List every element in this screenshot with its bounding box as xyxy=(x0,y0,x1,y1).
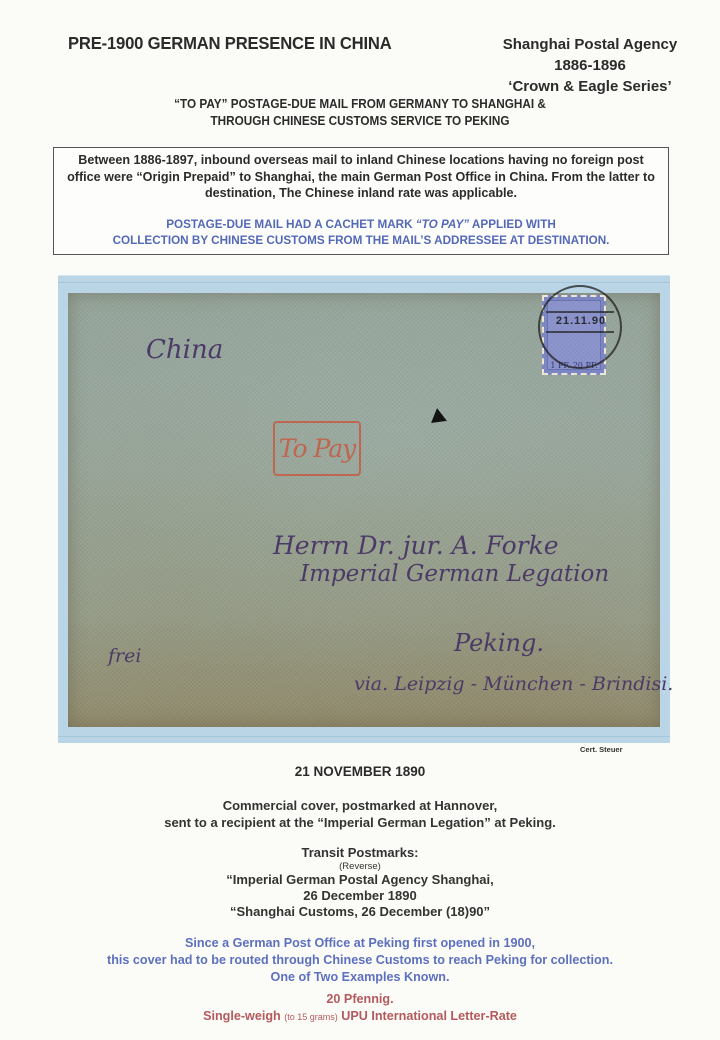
significance-line-3: One of Two Examples Known. xyxy=(0,969,720,986)
to-pay-cachet: To Pay xyxy=(273,421,361,476)
postmark-bar-top xyxy=(546,311,614,313)
transit-line-1: “Imperial German Postal Agency Shanghai, xyxy=(0,872,720,888)
rate-weight: (to 15 grams) xyxy=(284,1012,338,1022)
subtitle-line-2: THROUGH CHINESE CUSTOMS SERVICE TO PEKIN… xyxy=(22,113,699,130)
info-paragraph: Between 1886-1897, inbound overseas mail… xyxy=(54,152,668,202)
description-line-1: Commercial cover, postmarked at Hannover… xyxy=(0,797,720,814)
page-title: PRE-1900 GERMAN PRESENCE IN CHINA xyxy=(68,33,392,54)
certificate-note: Cert. Steuer xyxy=(580,745,623,754)
significance-line-2: this cover had to be routed through Chin… xyxy=(0,952,720,969)
postmark-cancel: 21.11.90 xyxy=(538,285,622,369)
postmark-bar-bottom xyxy=(546,331,614,333)
subtitle-line-1: “TO PAY” POSTAGE-DUE MAIL FROM GERMANY T… xyxy=(22,96,699,113)
agency-years: 1886-1896 xyxy=(490,55,690,76)
agency-name: Shanghai Postal Agency xyxy=(490,34,690,55)
mount-band-bottom xyxy=(58,736,670,737)
handwritten-addressee: Herrn Dr. jur. A. Forke xyxy=(273,531,559,560)
postmark-date: 21.11.90 xyxy=(546,315,616,327)
agency-block: Shanghai Postal Agency 1886-1896 ‘Crown … xyxy=(490,34,690,97)
handwritten-frei: frei xyxy=(108,645,141,667)
transit-postmarks: Transit Postmarks: (Reverse) “Imperial G… xyxy=(0,845,720,920)
handwritten-route: via. Leipzig - München - Brindisi. xyxy=(354,673,673,695)
transit-side: (Reverse) xyxy=(0,861,720,872)
agency-series: ‘Crown & Eagle Series’ xyxy=(490,76,690,97)
pointer-arrow-icon xyxy=(429,407,447,423)
description-line-2: sent to a recipient at the “Imperial Ger… xyxy=(0,814,720,831)
handwritten-country: China xyxy=(146,335,223,365)
significance-note: Since a German Post Office at Peking fir… xyxy=(0,935,720,986)
rate-post: UPU International Letter-Rate xyxy=(338,1009,517,1023)
info-box: Between 1886-1897, inbound overseas mail… xyxy=(53,147,669,255)
rate-amount: 20 Pfennig. xyxy=(0,991,720,1008)
handwritten-organization: Imperial German Legation xyxy=(300,561,609,587)
cover-description: Commercial cover, postmarked at Hannover… xyxy=(0,797,720,831)
info-note-pre: POSTAGE-DUE MAIL HAD A CACHET MARK xyxy=(166,217,416,231)
rate-note: 20 Pfennig. Single-weigh (to 15 grams) U… xyxy=(0,991,720,1026)
transit-line-3: “Shanghai Customs, 26 December (18)90” xyxy=(0,904,720,920)
envelope-image: 1 PF. 20 PF. 21.11.90 China To Pay Herrn… xyxy=(68,293,660,727)
handwritten-city: Peking. xyxy=(454,629,544,657)
info-note: POSTAGE-DUE MAIL HAD A CACHET MARK “TO P… xyxy=(66,216,655,248)
info-note-emph: “TO PAY” xyxy=(416,217,469,231)
rate-pre: Single-weigh xyxy=(203,1009,284,1023)
significance-line-1: Since a German Post Office at Peking fir… xyxy=(0,935,720,952)
transit-line-2: 26 December 1890 xyxy=(0,888,720,904)
cover-date: 21 NOVEMBER 1890 xyxy=(0,764,720,779)
info-note-line-2: COLLECTION BY CHINESE CUSTOMS FROM THE M… xyxy=(66,232,655,248)
mount-band-top xyxy=(58,282,670,283)
page-subtitle: “TO PAY” POSTAGE-DUE MAIL FROM GERMANY T… xyxy=(22,96,699,130)
transit-heading: Transit Postmarks: xyxy=(0,845,720,861)
info-note-post: APPLIED WITH xyxy=(469,217,556,231)
